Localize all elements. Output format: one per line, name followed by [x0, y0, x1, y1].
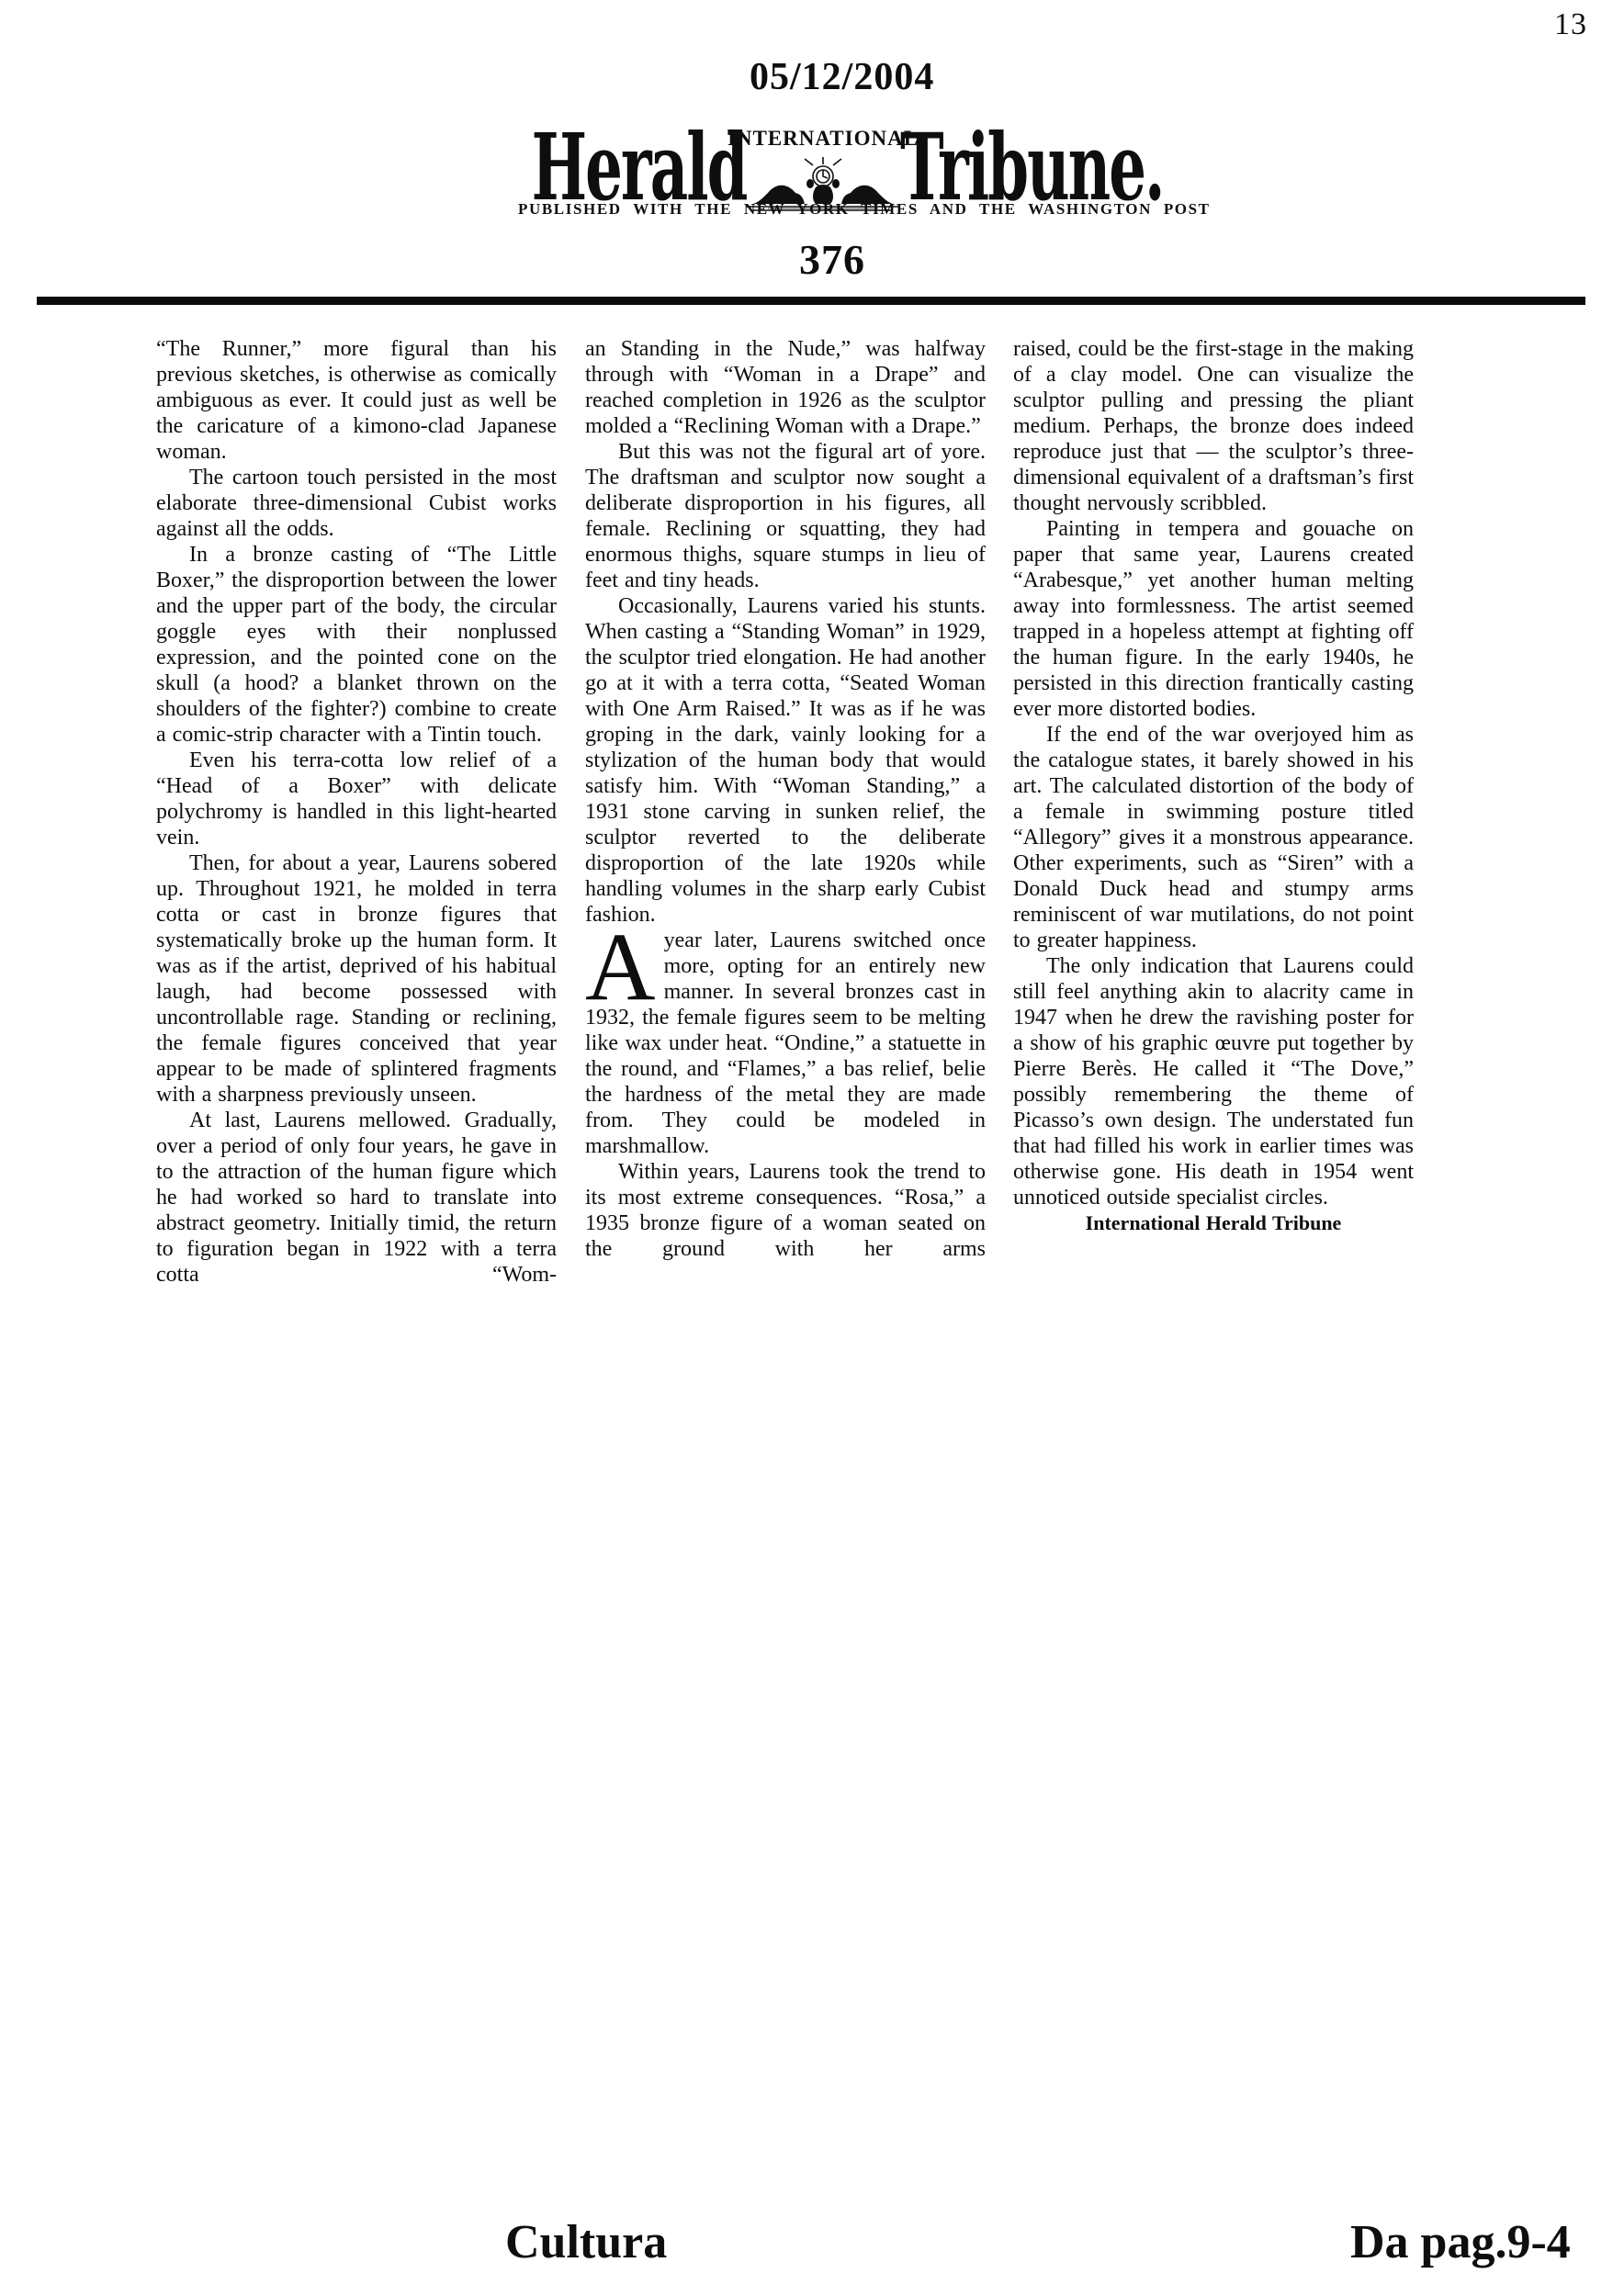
footer-section-label: Cultura: [505, 2215, 667, 2269]
article-column-1: “The Runner,” more figural than his prev…: [156, 336, 557, 1288]
newspaper-page: 13 05/12/2004 Herald INTERNATIONAL: [0, 0, 1624, 2296]
page-number: 13: [1554, 7, 1587, 42]
article-paragraph: But this was not the figural art of yore…: [585, 439, 986, 593]
article-paragraph: The only indication that Laurens could s…: [1013, 953, 1414, 1210]
article-paragraph: “The Runner,” more figural than his prev…: [156, 336, 557, 465]
article-column-2: an Standing in the Nude,” was halfway th…: [585, 336, 986, 1262]
article-paragraph: In a bronze casting of “The Little Boxer…: [156, 542, 557, 748]
article-paragraph: raised, could be the first-stage in the …: [1013, 336, 1414, 516]
masthead-international-label: INTERNATIONAL: [722, 127, 924, 151]
article-paragraph: Occasionally, Laurens varied his stunts.…: [585, 593, 986, 928]
article-paragraph: The cartoon touch persisted in the most …: [156, 465, 557, 542]
masthead-herald: Herald: [531, 121, 746, 213]
article-byline: International Herald Tribune: [1013, 1210, 1414, 1236]
article-paragraph: Painting in tempera and gouache on paper…: [1013, 516, 1414, 722]
masthead-tribune: Tribune.: [900, 121, 1163, 213]
article-paragraph: Then, for about a year, Laurens sobered …: [156, 850, 557, 1108]
article-column-3: raised, could be the first-stage in the …: [1013, 336, 1414, 1236]
article-paragraph: Even his terra-cotta low relief of a “He…: [156, 748, 557, 850]
masthead-tagline: PUBLISHED WITH THE NEW YORK TIMES AND TH…: [518, 200, 1161, 219]
footer-page-reference: Da pag.9-4: [1350, 2215, 1571, 2269]
clipping-number: 376: [511, 235, 1154, 284]
article-paragraph: Ayear later, Laurens switched once more,…: [585, 928, 986, 1159]
divider-rule: [37, 297, 1585, 305]
clipping-date: 05/12/2004: [750, 55, 934, 99]
article-paragraph: Within years, Laurens took the trend to …: [585, 1159, 986, 1262]
article-paragraph: If the end of the war overjoyed him as t…: [1013, 722, 1414, 953]
article-paragraph: an Standing in the Nude,” was halfway th…: [585, 336, 986, 439]
article-paragraph: At last, Laurens mellowed. Gradually, ov…: [156, 1108, 557, 1288]
drop-cap: A: [585, 928, 664, 1004]
